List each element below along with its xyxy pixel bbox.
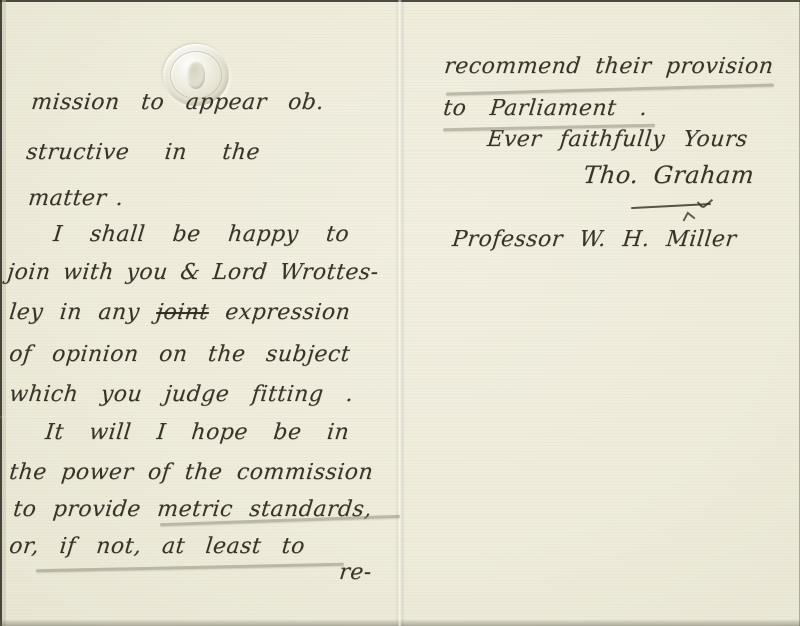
letter-sheet: mission to appear ob. structive in the m… <box>0 0 800 626</box>
letter-line: join with you & Lord Wrottes- <box>6 260 380 285</box>
horizontal-crease <box>0 416 400 419</box>
signature-flourish-caret <box>683 211 696 226</box>
letter-line: matter . <box>27 186 125 211</box>
letter-line: recommend their provision <box>443 54 775 79</box>
signature-flourish-arrow <box>697 194 714 210</box>
letter-line: to Parliament . <box>442 96 649 121</box>
signature: Tho. Graham <box>582 161 756 189</box>
letter-line: which you judge fitting . <box>8 382 355 407</box>
line-text: expression <box>208 300 352 325</box>
letter-line: structive in the <box>25 140 261 165</box>
letter-line: the power of the commission <box>8 460 375 485</box>
center-fold-crease <box>395 0 405 626</box>
pencil-underline <box>36 563 344 572</box>
letter-line: mission to appear ob. <box>30 90 325 115</box>
letter-line: ley in any joint expression <box>8 300 352 325</box>
letter-line: It will I hope be in <box>44 420 351 445</box>
line-text: ley in any <box>8 300 158 325</box>
closing-line: Ever faithfully Yours <box>486 127 749 152</box>
pencil-underline <box>446 83 774 95</box>
letter-line: of opinion on the subject <box>8 342 351 367</box>
letter-line: or, if not, at least to <box>8 534 306 559</box>
letter-line: I shall be happy to <box>52 222 351 247</box>
addressee-line: Professor W. H. Miller <box>451 227 738 252</box>
struck-word: joint <box>155 300 210 325</box>
paper-edge-left <box>2 0 6 626</box>
